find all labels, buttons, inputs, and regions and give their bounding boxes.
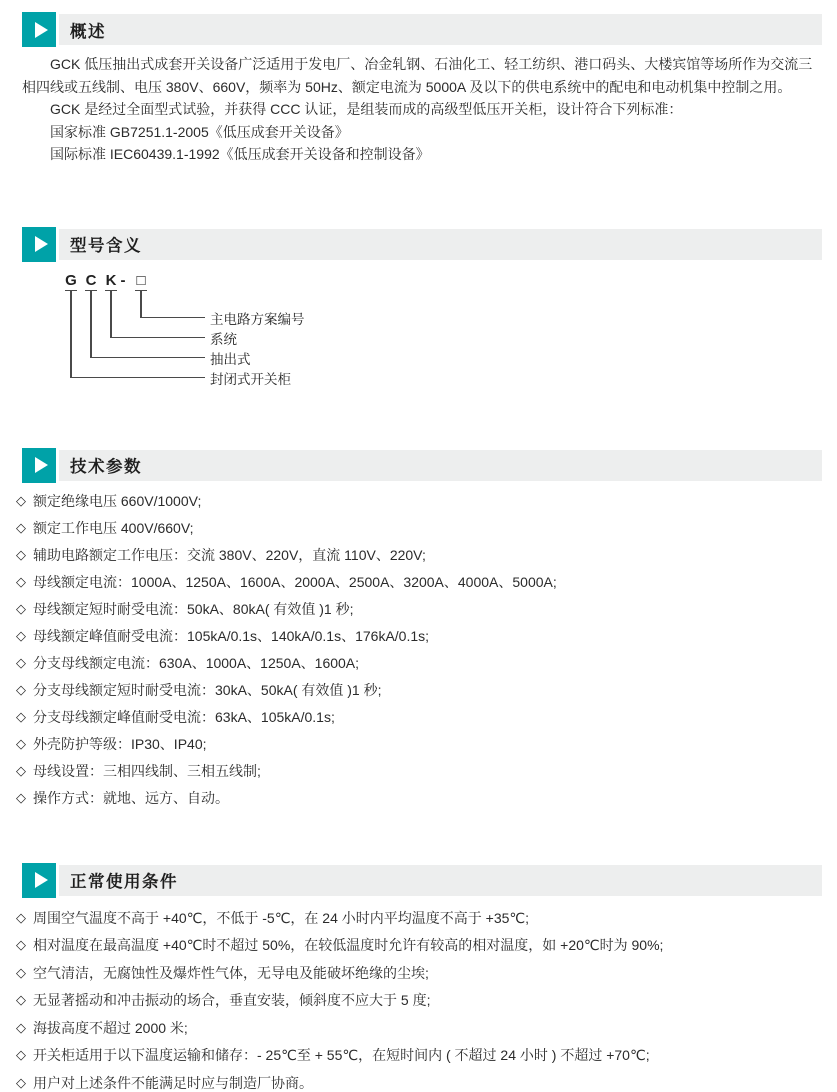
parameter-item: ◇母线额定短时耐受电流：50kA、80kA( 有效值 )1 秒; (16, 596, 822, 623)
tech-parameter-list: ◇额定绝缘电压 660V/1000V; ◇额定工作电压 400V/660V; ◇… (16, 488, 822, 812)
model-code-letter-g: G (65, 272, 77, 289)
condition-text: 周围空气温度不高于 +40℃，不低于 -5℃，在 24 小时内平均温度不高于 +… (33, 910, 529, 926)
overview-body: GCK 低压抽出式成套开关设备广泛适用于发电厂、冶金轧钢、石油化工、轻工纺织、港… (22, 53, 822, 166)
diamond-bullet-icon: ◇ (16, 547, 26, 562)
datasheet-page: 概述 GCK 低压抽出式成套开关设备广泛适用于发电厂、冶金轧钢、石油化工、轻工纺… (0, 0, 837, 1092)
section-header-conditions: 正常使用条件 (22, 863, 822, 898)
connector-line-horizontal (90, 357, 205, 359)
model-label-enclosed: 封闭式开关柜 (210, 368, 291, 388)
parameter-text: 分支母线额定短时耐受电流：30kA、50kA( 有效值 )1 秒; (33, 682, 382, 698)
condition-item: ◇相对温度在最高温度 +40℃时不超过 50%，在较低温度时允许有较高的相对温度… (16, 932, 822, 960)
diamond-bullet-icon: ◇ (16, 763, 26, 778)
diamond-bullet-icon: ◇ (16, 628, 26, 643)
connector-line-vertical (70, 290, 72, 377)
diamond-bullet-icon: ◇ (16, 601, 26, 616)
play-arrow-icon (22, 227, 56, 262)
section-title-bar: 概述 (59, 14, 822, 45)
parameter-text: 额定工作电压 400V/660V; (33, 520, 194, 536)
overview-standard-national: 国家标准 GB7251.1-2005《低压成套开关设备》 (22, 121, 822, 144)
section-title-bar: 技术参数 (59, 450, 822, 481)
model-label-drawout: 抽出式 (210, 348, 251, 368)
section-service-conditions: 正常使用条件 ◇周围空气温度不高于 +40℃，不低于 -5℃，在 24 小时内平… (22, 863, 822, 1092)
diamond-bullet-icon: ◇ (16, 736, 26, 751)
section-title-bar: 型号含义 (59, 229, 822, 260)
section-title-model: 型号含义 (70, 232, 142, 256)
parameter-text: 母线额定短时耐受电流：50kA、80kA( 有效值 )1 秒; (33, 601, 354, 617)
condition-text: 海拔高度不超过 2000 米; (33, 1020, 188, 1036)
condition-text: 相对温度在最高温度 +40℃时不超过 50%，在较低温度时允许有较高的相对温度，… (33, 937, 663, 953)
parameter-text: 分支母线额定电流：630A、1000A、1250A、1600A; (33, 655, 359, 671)
overview-paragraph-1: GCK 低压抽出式成套开关设备广泛适用于发电厂、冶金轧钢、石油化工、轻工纺织、港… (22, 53, 822, 98)
diamond-bullet-icon: ◇ (16, 682, 26, 697)
connector-line-horizontal (140, 317, 205, 319)
diamond-bullet-icon: ◇ (16, 937, 26, 952)
model-code-hyphen: - (121, 272, 126, 289)
overview-standard-international: 国际标准 IEC60439.1-1992《低压成套开关设备和控制设备》 (22, 143, 822, 166)
parameter-item: ◇分支母线额定短时耐受电流：30kA、50kA( 有效值 )1 秒; (16, 677, 822, 704)
connector-line-vertical (110, 290, 112, 337)
parameter-item: ◇外壳防护等级：IP30、IP40; (16, 731, 822, 758)
parameter-text: 外壳防护等级：IP30、IP40; (33, 736, 207, 752)
diamond-bullet-icon: ◇ (16, 992, 26, 1007)
parameter-text: 母线设置：三相四线制、三相五线制; (33, 763, 261, 779)
parameter-item: ◇母线额定电流：1000A、1250A、1600A、2000A、2500A、32… (16, 569, 822, 596)
triangle-glyph (35, 22, 48, 38)
section-header-overview: 概述 (22, 12, 822, 47)
model-code-letter-c: C (86, 272, 97, 289)
condition-item: ◇空气清洁，无腐蚀性及爆炸性气体，无导电及能破坏绝缘的尘埃; (16, 960, 822, 988)
connector-line-vertical (90, 290, 92, 357)
parameter-item: ◇母线设置：三相四线制、三相五线制; (16, 758, 822, 785)
triangle-glyph (35, 236, 48, 252)
condition-text: 用户对上述条件不能满足时应与制造厂协商。 (33, 1075, 313, 1091)
parameter-item: ◇额定工作电压 400V/660V; (16, 515, 822, 542)
model-code-box: □ (136, 272, 145, 289)
service-condition-list: ◇周围空气温度不高于 +40℃，不低于 -5℃，在 24 小时内平均温度不高于 … (16, 905, 822, 1092)
model-label-scheme-number: 主电路方案编号 (210, 308, 305, 328)
diamond-bullet-icon: ◇ (16, 1047, 26, 1062)
parameter-text: 辅助电路额定工作电压：交流 380V、220V，直流 110V、220V; (33, 547, 426, 563)
section-header-tech: 技术参数 (22, 448, 822, 483)
diamond-bullet-icon: ◇ (16, 520, 26, 535)
condition-item: ◇周围空气温度不高于 +40℃，不低于 -5℃，在 24 小时内平均温度不高于 … (16, 905, 822, 933)
section-overview: 概述 GCK 低压抽出式成套开关设备广泛适用于发电厂、冶金轧钢、石油化工、轻工纺… (22, 12, 822, 166)
connector-line-horizontal (70, 377, 205, 379)
diamond-bullet-icon: ◇ (16, 790, 26, 805)
diamond-bullet-icon: ◇ (16, 910, 26, 925)
condition-item: ◇海拔高度不超过 2000 米; (16, 1015, 822, 1043)
parameter-item: ◇额定绝缘电压 660V/1000V; (16, 488, 822, 515)
parameter-item: ◇辅助电路额定工作电压：交流 380V、220V，直流 110V、220V; (16, 542, 822, 569)
model-code-letter-k: K (106, 272, 117, 289)
play-arrow-icon (22, 448, 56, 483)
diamond-bullet-icon: ◇ (16, 574, 26, 589)
overview-paragraph-2: GCK 是经过全面型式试验，并获得 CCC 认证，是组装而成的高级型低压开关柜，… (22, 98, 822, 121)
parameter-item: ◇操作方式：就地、远方、自动。 (16, 785, 822, 812)
play-arrow-icon (22, 863, 56, 898)
section-title-tech: 技术参数 (70, 453, 142, 477)
diamond-bullet-icon: ◇ (16, 709, 26, 724)
section-header-model: 型号含义 (22, 227, 822, 262)
parameter-text: 分支母线额定峰值耐受电流：63kA、105kA/0.1s; (33, 709, 335, 725)
model-label-system: 系统 (210, 328, 237, 348)
connector-line-vertical (140, 290, 142, 317)
diamond-bullet-icon: ◇ (16, 1020, 26, 1035)
section-title-overview: 概述 (70, 18, 106, 42)
condition-text: 开关柜适用于以下温度运输和储存：- 25℃至 + 55℃，在短时间内 ( 不超过… (33, 1047, 650, 1063)
diamond-bullet-icon: ◇ (16, 493, 26, 508)
diamond-bullet-icon: ◇ (16, 965, 26, 980)
play-arrow-icon (22, 12, 56, 47)
triangle-glyph (35, 872, 48, 888)
section-technical-parameters: 技术参数 ◇额定绝缘电压 660V/1000V; ◇额定工作电压 400V/66… (22, 448, 822, 812)
parameter-text: 母线额定电流：1000A、1250A、1600A、2000A、2500A、320… (33, 574, 557, 590)
connector-line-horizontal (110, 337, 205, 339)
section-title-bar: 正常使用条件 (59, 865, 822, 896)
condition-item: ◇用户对上述条件不能满足时应与制造厂协商。 (16, 1070, 822, 1092)
parameter-text: 母线额定峰值耐受电流：105kA/0.1s、140kA/0.1s、176kA/0… (33, 628, 429, 644)
section-model-designation: 型号含义 G C K - □ 主电路方案编号 (22, 227, 822, 400)
parameter-item: ◇分支母线额定电流：630A、1000A、1250A、1600A; (16, 650, 822, 677)
diamond-bullet-icon: ◇ (16, 1075, 26, 1090)
condition-text: 空气清洁，无腐蚀性及爆炸性气体，无导电及能破坏绝缘的尘埃; (33, 965, 429, 981)
parameter-text: 操作方式：就地、远方、自动。 (33, 790, 229, 806)
parameter-text: 额定绝缘电压 660V/1000V; (33, 493, 201, 509)
triangle-glyph (35, 457, 48, 473)
condition-item: ◇开关柜适用于以下温度运输和储存：- 25℃至 + 55℃，在短时间内 ( 不超… (16, 1042, 822, 1070)
section-title-conditions: 正常使用条件 (70, 868, 178, 892)
condition-text: 无显著摇动和冲击振动的场合，垂直安装，倾斜度不应大于 5 度; (33, 992, 430, 1008)
condition-item: ◇无显著摇动和冲击振动的场合，垂直安装，倾斜度不应大于 5 度; (16, 987, 822, 1015)
parameter-item: ◇分支母线额定峰值耐受电流：63kA、105kA/0.1s; (16, 704, 822, 731)
model-code-diagram: G C K - □ 主电路方案编号 系统 抽出式 封闭式开关柜 (22, 270, 822, 400)
diamond-bullet-icon: ◇ (16, 655, 26, 670)
parameter-item: ◇母线额定峰值耐受电流：105kA/0.1s、140kA/0.1s、176kA/… (16, 623, 822, 650)
